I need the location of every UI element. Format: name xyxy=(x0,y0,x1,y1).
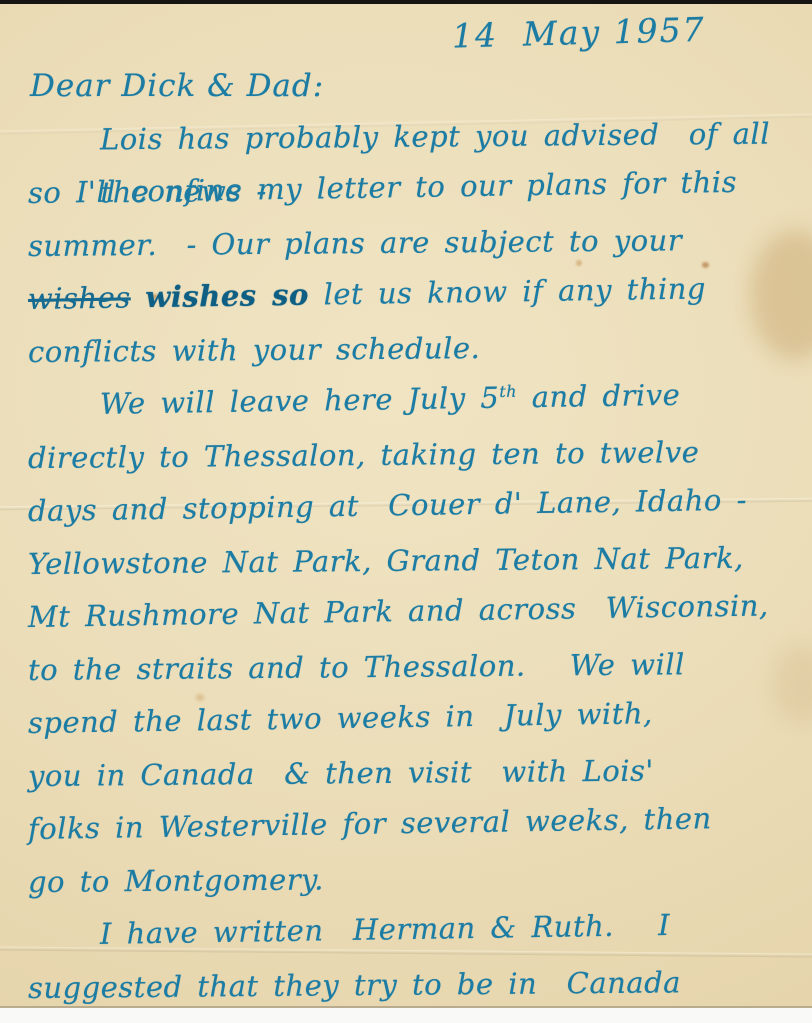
letter-line: days and stopping at Couer d' Lane, Idah… xyxy=(28,473,794,538)
letter-paper: 14 May 1957 Dear Dick & Dad: Lois has pr… xyxy=(0,4,812,1008)
scan-top-edge xyxy=(0,0,812,4)
letter-text-segment xyxy=(130,280,145,314)
letter-text-segment: conflicts with your schedule. xyxy=(28,331,481,369)
letter-line: We will leave here July 5th and drive xyxy=(28,367,794,432)
letter-text-segment: wishes so xyxy=(145,278,309,315)
letter-text-segment: suggested that they try to be in Canada xyxy=(28,965,681,1005)
letter-text-segment: and drive xyxy=(517,378,681,415)
letter-text-segment: folks in Westerville for several weeks, … xyxy=(28,801,712,846)
letter-line: folks in Westerville for several weeks, … xyxy=(28,791,794,856)
letter-salutation: Dear Dick & Dad: xyxy=(30,68,430,104)
struck-word: wishes xyxy=(28,280,131,316)
letter-text-segment: to the straits and to Thessalon. We will xyxy=(28,647,685,687)
letter-line: so I'll confine my letter to our plans f… xyxy=(28,155,794,220)
letter-body: Lois has probably kept you advised of al… xyxy=(28,114,793,1015)
letter-text-segment: th xyxy=(499,382,517,401)
scan-bottom-edge xyxy=(0,1006,812,1023)
letter-text-segment: go to Montgomery. xyxy=(28,862,324,899)
letter-text-segment: directly to Thessalon, taking ten to twe… xyxy=(28,435,700,475)
scanned-letter-page: 14 May 1957 Dear Dick & Dad: Lois has pr… xyxy=(0,0,812,1023)
letter-text-segment: Yellowstone Nat Park, Grand Teton Nat Pa… xyxy=(28,541,744,581)
letter-line: I have written Herman & Ruth. I xyxy=(28,897,794,962)
letter-text-segment: spend the last two weeks in July with, xyxy=(28,696,653,740)
letter-text-segment: so I'll confine my letter to our plans f… xyxy=(28,165,737,210)
letter-text-segment: you in Canada & then visit with Lois' xyxy=(28,754,654,793)
letter-text-segment: We will leave here July 5 xyxy=(100,381,500,421)
letter-text-segment: days and stopping at Couer d' Lane, Idah… xyxy=(28,483,747,528)
letter-date: 14 May 1957 xyxy=(452,8,793,56)
letter-text-segment: let us know if any thing xyxy=(309,271,707,311)
letter-line: spend the last two weeks in July with, xyxy=(28,685,794,750)
letter-text-segment: summer. - Our plans are subject to your xyxy=(28,223,682,263)
letter-text-segment: I have written Herman & Ruth. I xyxy=(100,908,671,951)
letter-line: wishes wishes so let us know if any thin… xyxy=(28,261,794,326)
letter-text-segment: Mt Rushmore Nat Park and across Wisconsi… xyxy=(28,588,769,634)
letter-line: Mt Rushmore Nat Park and across Wisconsi… xyxy=(28,579,794,644)
